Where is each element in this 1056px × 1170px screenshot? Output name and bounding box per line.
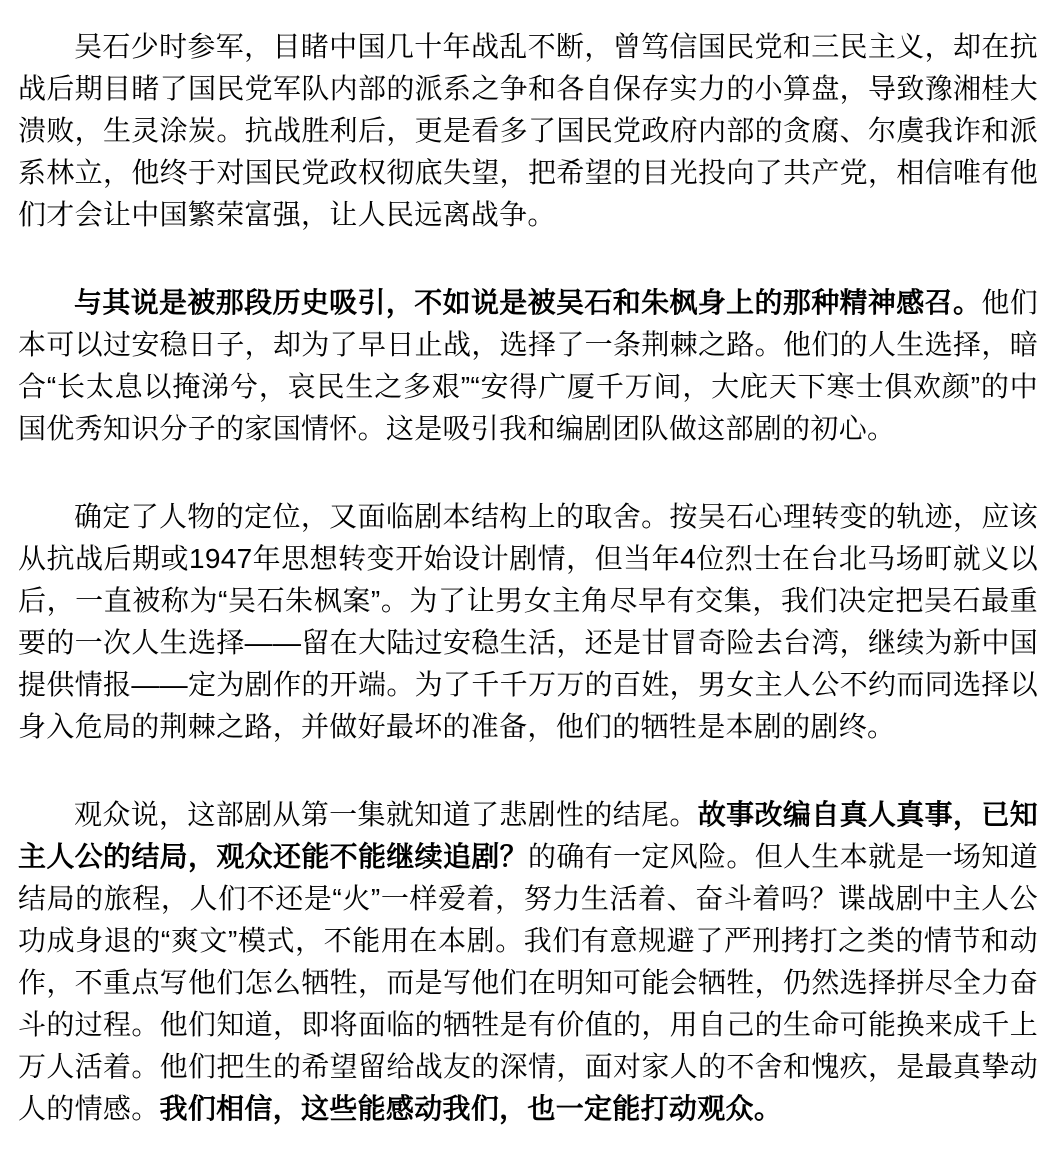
- paragraph-4-bold-closing: 我们相信，这些能感动我们，也一定能打动观众。: [160, 1093, 783, 1124]
- paragraph-4-body: 的确有一定风险。但人生本就是一场知道结局的旅程，人们不还是“火”一样爱着，努力生…: [18, 841, 1038, 1124]
- paragraph-3: 确定了人物的定位，又面临剧本结构上的取舍。按吴石心理转变的轨迹，应该从抗战后期或…: [18, 496, 1038, 748]
- paragraph-4: 观众说，这部剧从第一集就知道了悲剧性的结尾。故事改编自真人真事，已知主人公的结局…: [18, 794, 1038, 1130]
- paragraph-2-bold-lead: 与其说是被那段历史吸引，不如说是被吴石和朱枫身上的那种精神感召。: [74, 287, 981, 318]
- paragraph-3-text: 确定了人物的定位，又面临剧本结构上的取舍。按吴石心理转变的轨迹，应该从抗战后期或…: [18, 501, 1038, 742]
- paragraph-1-text: 吴石少时参军，目睹中国几十年战乱不断，曾笃信国民党和三民主义，却在抗战后期目睹了…: [18, 31, 1038, 230]
- paragraph-1: 吴石少时参军，目睹中国几十年战乱不断，曾笃信国民党和三民主义，却在抗战后期目睹了…: [18, 26, 1038, 236]
- paragraph-4-intro: 观众说，这部剧从第一集就知道了悲剧性的结尾。: [74, 799, 698, 830]
- paragraph-2: 与其说是被那段历史吸引，不如说是被吴石和朱枫身上的那种精神感召。他们本可以过安稳…: [18, 282, 1038, 450]
- article-body: 吴石少时参军，目睹中国几十年战乱不断，曾笃信国民党和三民主义，却在抗战后期目睹了…: [0, 0, 1056, 1170]
